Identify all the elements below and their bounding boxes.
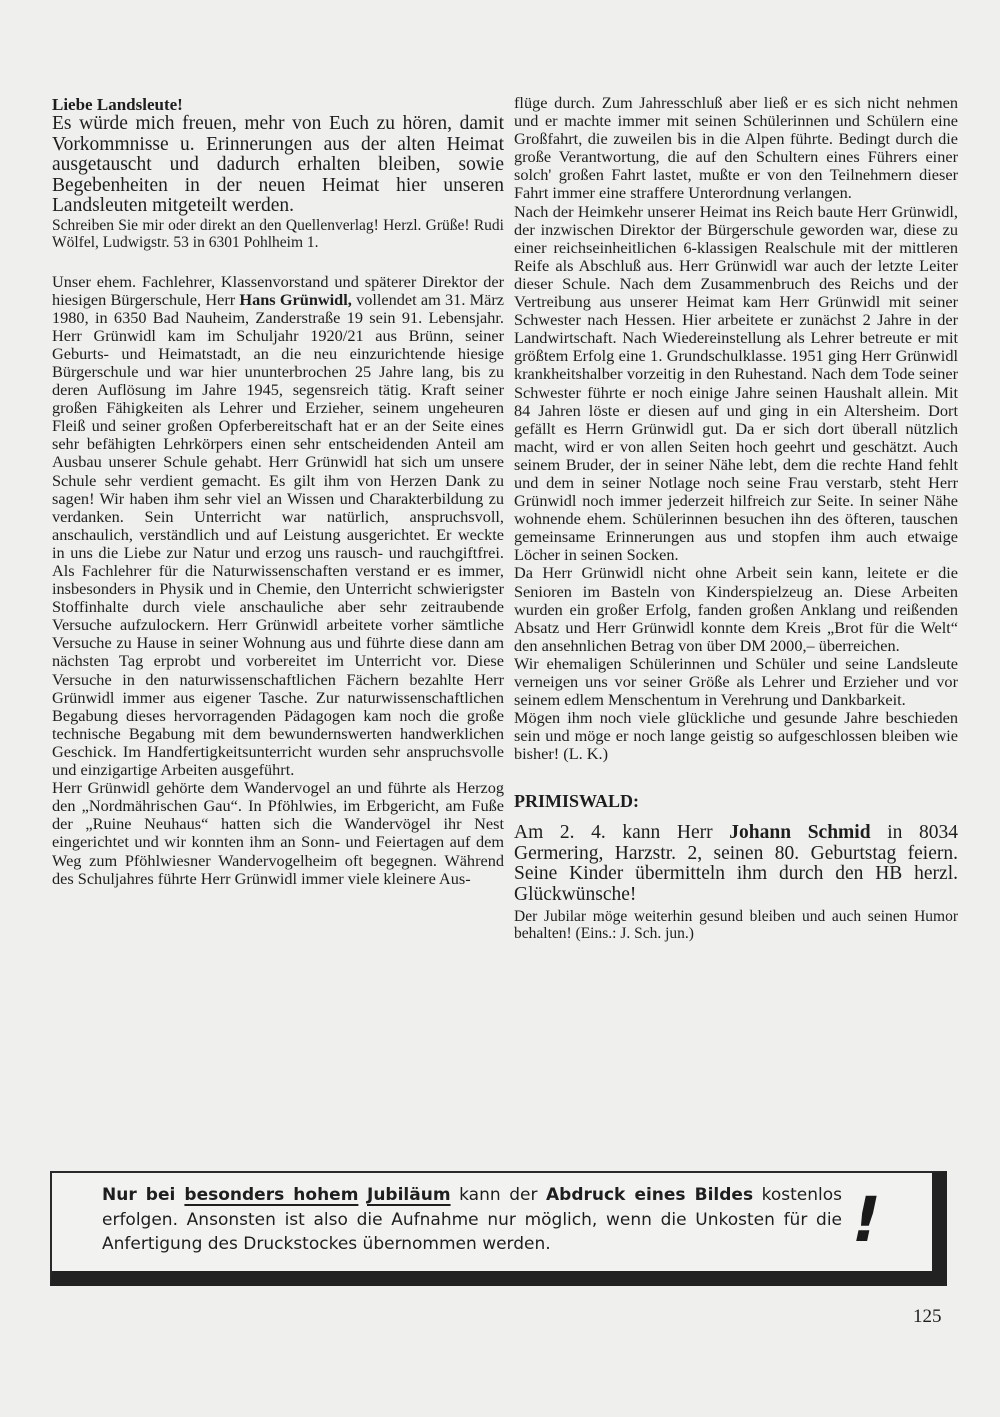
article-paragraph: Herr Grünwidl gehörte dem Wandervogel an…: [52, 779, 504, 888]
notice-emphasis: Jubiläum: [367, 1185, 451, 1205]
article-intro: Unser ehem. Fachlehrer, Klassenvorstand …: [52, 273, 504, 780]
spacer: [52, 251, 504, 273]
notice-box: Nur bei besonders hohem Jubiläum kann de…: [50, 1171, 947, 1286]
page-number: 125: [913, 1306, 942, 1328]
notice-emphasis: besonders hohem: [184, 1185, 358, 1205]
left-column: Liebe Landsleute! Es würde mich freuen, …: [52, 96, 504, 888]
article-paragraph: Wir ehemaligen Schülerinnen und Schüler …: [514, 655, 958, 709]
article-closing: Mögen ihm noch viele glückliche und gesu…: [514, 709, 958, 763]
notice-bold: Abdruck eines Bildes: [546, 1185, 753, 1205]
greeting-contact: Schreiben Sie mir oder direkt an den Que…: [52, 217, 504, 251]
article-paragraph: Da Herr Grünwidl nicht ohne Arbeit sein …: [514, 564, 958, 654]
greeting-text: Es würde mich freuen, mehr von Euch zu h…: [52, 114, 504, 217]
notice-mid: kann der: [451, 1185, 546, 1205]
section-heading-primiswald: PRIMISWALD:: [514, 791, 958, 811]
greeting-title: Liebe Landsleute!: [52, 96, 504, 114]
exclamation-icon: !: [845, 1185, 888, 1255]
article-intro-rest: vollendet am 31. März 1980, in 6350 Bad …: [52, 290, 504, 779]
right-column: flüge durch. Zum Jahresschluß aber ließ …: [514, 94, 958, 942]
honoree-name: Hans Grünwidl,: [239, 290, 351, 309]
announcement-start: Am 2. 4. kann Herr: [514, 822, 729, 843]
article-paragraph: Nach der Heimkehr unserer Heimat ins Rei…: [514, 203, 958, 565]
notice-lead: Nur bei: [102, 1185, 184, 1205]
article-paragraph: flüge durch. Zum Jahresschluß aber ließ …: [514, 94, 958, 203]
notice-text: Nur bei besonders hohem Jubiläum kann de…: [102, 1183, 842, 1257]
birthday-note: Der Jubilar möge weiterhin gesund bleibe…: [514, 908, 958, 942]
birthday-person-name: Johann Schmid: [729, 822, 870, 843]
birthday-announcement: Am 2. 4. kann Herr Johann Schmid in 8034…: [514, 823, 958, 905]
